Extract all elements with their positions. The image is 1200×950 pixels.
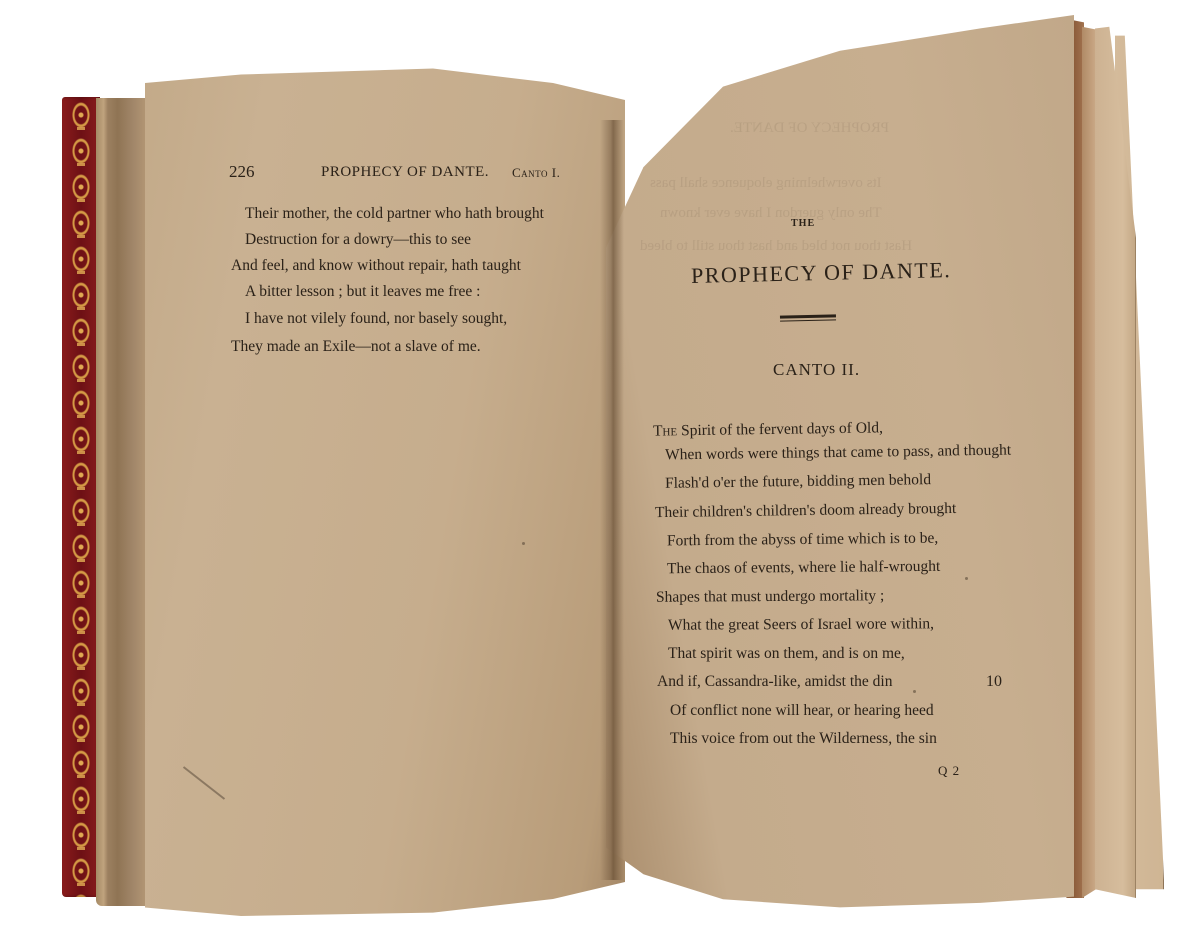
verse-line: The chaos of events, where lie half-wrou… <box>667 559 940 577</box>
left-page <box>145 66 625 916</box>
foxing-spot <box>965 577 968 580</box>
drop-word: The <box>653 422 677 439</box>
show-through-text: PROPHECY OF DANTE. <box>730 120 889 137</box>
left-page-block-edge <box>96 98 150 906</box>
verse-line: This voice from out the Wilderness, the … <box>670 731 937 747</box>
verse-line: Flash'd o'er the future, bidding men beh… <box>665 472 931 491</box>
tooled-leather-cover <box>62 97 100 897</box>
verse-line: Shapes that must undergo mortality ; <box>656 588 884 605</box>
running-head: PROPHECY OF DANTE. <box>321 164 489 181</box>
foxing-spot <box>913 690 916 693</box>
canto-heading: CANTO II. <box>773 360 860 380</box>
show-through-text: Hast thou not bled and hast thou still t… <box>640 238 912 255</box>
right-page-edge-inner <box>1082 18 1096 898</box>
verse-line: And if, Cassandra-like, amidst the din <box>657 674 892 690</box>
verse-line: Of conflict none will hear, or hearing h… <box>670 703 934 719</box>
verse-line: The Spirit of the fervent days of Old, <box>653 420 883 439</box>
title-prefix: THE <box>791 218 815 229</box>
line-number: 10 <box>986 673 1002 691</box>
verse-line: I have not vilely found, nor basely soug… <box>245 311 507 327</box>
foxing-spot <box>522 542 525 545</box>
show-through-text: The only guerdon I have ever known <box>660 205 882 222</box>
page-number: 226 <box>229 162 255 182</box>
show-through-text: Its overwhelming eloquence shall pass <box>650 175 882 192</box>
verse-line: Forth from the abyss of time which is to… <box>667 531 938 549</box>
verse-line: Destruction for a dowry—this to see <box>245 232 471 248</box>
verse-line: That spirit was on them, and is on me, <box>668 646 905 662</box>
book-gutter <box>600 120 624 880</box>
verse-line: A bitter lesson ; but it leaves me free … <box>245 284 480 300</box>
signature-mark: Q 2 <box>938 763 960 779</box>
verse-line: Their mother, the cold partner who hath … <box>245 206 544 222</box>
open-book-photo: PROPHECY OF DANTE. Its overwhelming eloq… <box>0 0 1200 950</box>
title-rule <box>780 314 836 321</box>
verse-line: What the great Seers of Israel wore with… <box>668 616 934 633</box>
verse-line: They made an Exile—not a slave of me. <box>231 339 481 355</box>
canto-reference: Canto I. <box>512 165 560 181</box>
verse-line: And feel, and know without repair, hath … <box>231 258 521 274</box>
